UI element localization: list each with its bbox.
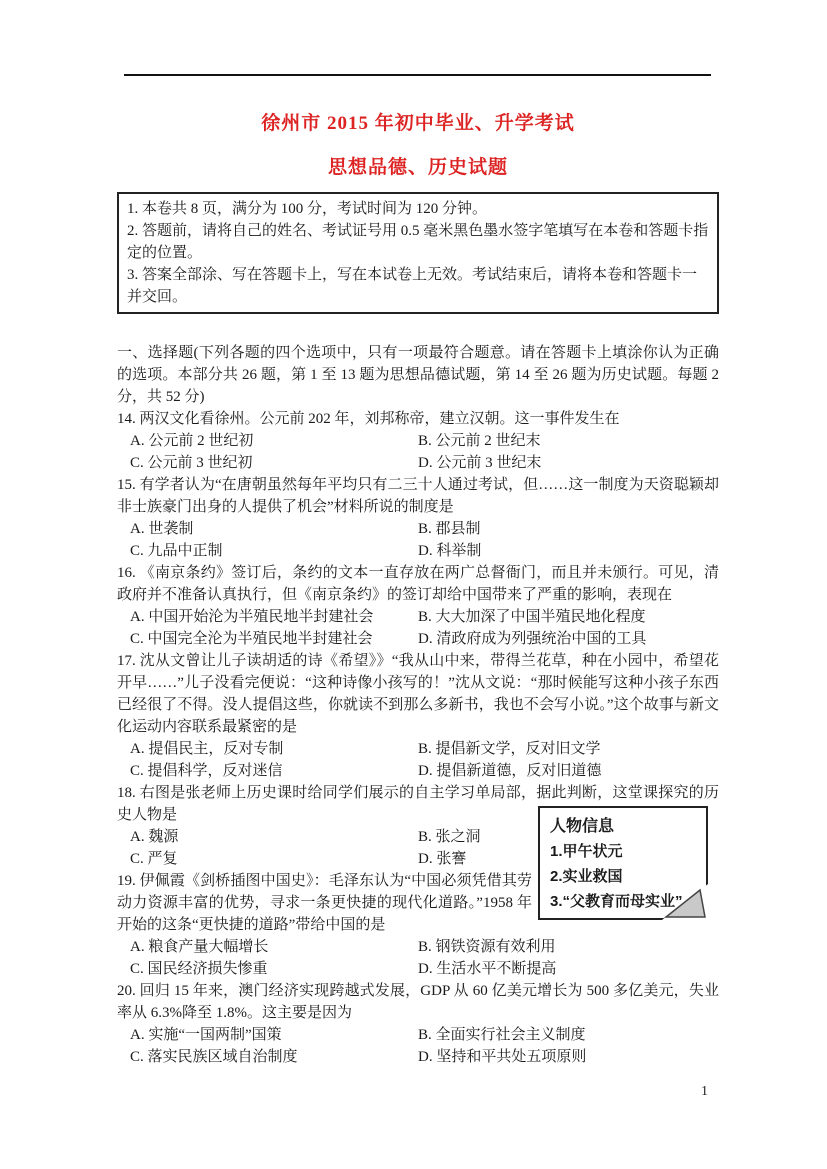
- question-options: A. 提倡民主，反对专制 B. 提倡新文学，反对旧文学 C. 提倡科学，反对迷信…: [117, 738, 719, 782]
- notice-box: 1. 本卷共 8 页，满分为 100 分，考试时间为 120 分钟。 2. 答题…: [117, 192, 719, 314]
- folded-corner-icon: [662, 884, 708, 920]
- option-a: A. 粮食产量大幅增长: [130, 936, 418, 958]
- notice-line-3: 3. 答案全部涂、写在答题卡上，写在本试卷上无效。考试结束后，请将本卷和答题卡一…: [127, 264, 709, 308]
- question-options: A. 实施“一国两制”国策 B. 全面实行社会主义制度 C. 落实民族区域自治制…: [117, 1024, 719, 1068]
- question-20: 20. 回归 15 年来，澳门经济实现跨越式发展，GDP 从 60 亿美元增长为…: [117, 980, 719, 1068]
- character-info-card: 人物信息 1.甲午状元 2.实业救国 3.“父教育而母实业”: [538, 806, 708, 920]
- option-a: A. 中国开始沦为半殖民地半封建社会: [130, 606, 418, 628]
- notice-line-1: 1. 本卷共 8 页，满分为 100 分，考试时间为 120 分钟。: [127, 198, 709, 220]
- option-d: D. 张謇: [418, 848, 481, 870]
- option-a: A. 提倡民主，反对专制: [130, 738, 418, 760]
- option-c: C. 公元前 3 世纪初: [130, 452, 418, 474]
- question-options: A. 公元前 2 世纪初 B. 公元前 2 世纪末 C. 公元前 3 世纪初 D…: [117, 430, 719, 474]
- question-stem: 20. 回归 15 年来，澳门经济实现跨越式发展，GDP 从 60 亿美元增长为…: [117, 980, 719, 1024]
- option-b: B. 张之洞: [418, 826, 481, 848]
- option-a: A. 实施“一国两制”国策: [130, 1024, 418, 1046]
- note-card-title: 人物信息: [550, 814, 696, 839]
- option-d: D. 科举制: [418, 540, 481, 562]
- option-b: B. 公元前 2 世纪末: [418, 430, 541, 452]
- question-stem: 15. 有学者认为“在唐朝虽然每年平均只有二三十人通过考试，但……这一制度为天资…: [117, 474, 719, 518]
- header-rule: [124, 74, 711, 76]
- page-number: 1: [701, 1084, 708, 1100]
- question-stem: 17. 沈从文曾让儿子读胡适的诗《希望》》“我从山中来，带得兰花草，种在小园中，…: [117, 650, 719, 738]
- question-options: A. 中国开始沦为半殖民地半封建社会 B. 大大加深了中国半殖民地化程度 C. …: [117, 606, 719, 650]
- option-d: D. 坚持和平共处五项原则: [418, 1046, 586, 1068]
- option-c: C. 提倡科学，反对迷信: [130, 760, 418, 782]
- option-b: B. 全面实行社会主义制度: [418, 1024, 586, 1046]
- option-a: A. 世袭制: [130, 518, 418, 540]
- section-intro: 一、选择题(下列各题的四个选项中，只有一项最符合题意。请在答题卡上填涂你认为正确…: [117, 342, 719, 408]
- question-14: 14. 两汉文化看徐州。公元前 202 年，刘邦称帝，建立汉朝。这一事件发生在 …: [117, 408, 719, 474]
- document-body: 徐州市 2015 年初中毕业、升学考试 思想品德、历史试题 1. 本卷共 8 页…: [117, 96, 719, 1068]
- option-c: C. 九品中正制: [130, 540, 418, 562]
- option-a: A. 魏源: [130, 826, 418, 848]
- option-b: B. 大大加深了中国半殖民地化程度: [418, 606, 646, 628]
- option-d: D. 生活水平不断提高: [418, 958, 556, 980]
- question-stem: 16. 《南京条约》签订后，条约的文本一直存放在两广总督衙门，而且并未颁行。可见…: [117, 562, 719, 606]
- option-c: C. 中国完全沦为半殖民地半封建社会: [130, 628, 418, 650]
- question-stem: 14. 两汉文化看徐州。公元前 202 年，刘邦称帝，建立汉朝。这一事件发生在: [117, 408, 719, 430]
- question-options: A. 粮食产量大幅增长 B. 钢铁资源有效利用 C. 国民经济损失惨重 D. 生…: [117, 936, 719, 980]
- question-17: 17. 沈从文曾让儿子读胡适的诗《希望》》“我从山中来，带得兰花草，种在小园中，…: [117, 650, 719, 782]
- option-d: D. 公元前 3 世纪末: [418, 452, 541, 474]
- option-d: D. 提倡新道德，反对旧道德: [418, 760, 601, 782]
- option-d: D. 清政府成为列强统治中国的工具: [418, 628, 646, 650]
- exam-page: 徐州市 2015 年初中毕业、升学考试 思想品德、历史试题 1. 本卷共 8 页…: [0, 0, 827, 1169]
- option-c: C. 落实民族区域自治制度: [130, 1046, 418, 1068]
- exam-title: 徐州市 2015 年初中毕业、升学考试: [117, 110, 719, 138]
- option-c: C. 严复: [130, 848, 418, 870]
- option-b: B. 钢铁资源有效利用: [418, 936, 556, 958]
- notice-line-2: 2. 答题前，请将自己的姓名、考试证号用 0.5 毫米黑色墨水签字笔填写在本卷和…: [127, 220, 709, 264]
- question-stem: 19. 伊佩霞《剑桥插图中国史》：毛泽东认为“中国必须凭借其劳动力资源丰富的优势…: [117, 870, 532, 936]
- question-16: 16. 《南京条约》签订后，条约的文本一直存放在两广总督衙门，而且并未颁行。可见…: [117, 562, 719, 650]
- option-b: B. 郡县制: [418, 518, 481, 540]
- option-a: A. 公元前 2 世纪初: [130, 430, 418, 452]
- question-options: A. 世袭制 B. 郡县制 C. 九品中正制 D. 科举制: [117, 518, 719, 562]
- exam-subtitle: 思想品德、历史试题: [117, 154, 719, 182]
- note-card-item-1: 1.甲午状元: [550, 839, 696, 864]
- option-b: B. 提倡新文学，反对旧文学: [418, 738, 601, 760]
- question-15: 15. 有学者认为“在唐朝虽然每年平均只有二三十人通过考试，但……这一制度为天资…: [117, 474, 719, 562]
- option-c: C. 国民经济损失惨重: [130, 958, 418, 980]
